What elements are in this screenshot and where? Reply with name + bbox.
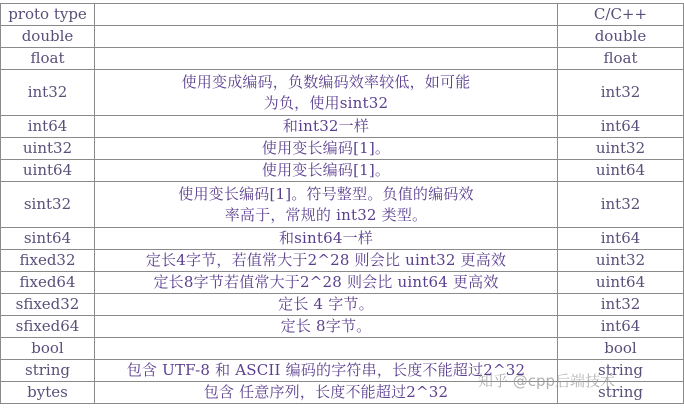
proto-type-mapping-table: proto type C/C++ double double float flo… <box>0 3 684 404</box>
table-row: uint32 使用变长编码[1]。 uint32 <box>1 138 684 160</box>
notes-cell: 定长 8字节。 <box>95 316 558 338</box>
cpp-type-cell: float <box>558 48 684 70</box>
cpp-type-cell: uint32 <box>558 250 684 272</box>
table-header-row: proto type C/C++ <box>1 4 684 26</box>
proto-type-cell: uint32 <box>1 138 95 160</box>
cpp-type-cell: uint32 <box>558 138 684 160</box>
notes-cell <box>95 26 558 48</box>
table-row: bytes 包含 任意序列，长度不能超过2^32 string <box>1 382 684 404</box>
proto-type-cell: bool <box>1 338 95 360</box>
cpp-type-cell: string <box>558 382 684 404</box>
notes-line-1: 使用变成编码，负数编码效率较低，如可能 <box>95 72 557 93</box>
cpp-type-cell: int32 <box>558 182 684 228</box>
cpp-type-cell: string <box>558 360 684 382</box>
cpp-type-cell: uint64 <box>558 272 684 294</box>
notes-line-2: 为负，使用sint32 <box>95 93 557 114</box>
proto-type-cell: bytes <box>1 382 95 404</box>
proto-type-cell: int32 <box>1 70 95 116</box>
table-row: uint64 使用变长编码[1]。 uint64 <box>1 160 684 182</box>
header-cpp: C/C++ <box>558 4 684 26</box>
table-row: sint64 和sint64一样 int64 <box>1 228 684 250</box>
proto-type-cell: int64 <box>1 116 95 138</box>
proto-type-cell: sfixed32 <box>1 294 95 316</box>
cpp-type-cell: uint64 <box>558 160 684 182</box>
proto-type-cell: uint64 <box>1 160 95 182</box>
table-row: int64 和int32一样 int64 <box>1 116 684 138</box>
cpp-type-cell: int32 <box>558 70 684 116</box>
notes-cell <box>95 48 558 70</box>
cpp-type-cell: int64 <box>558 116 684 138</box>
cpp-type-cell: int64 <box>558 228 684 250</box>
table-row: string 包含 UTF-8 和 ASCII 编码的字符串，长度不能超过2^3… <box>1 360 684 382</box>
table-row: sint32 使用变长编码[1]。符号整型。负值的编码效 率高于，常规的 int… <box>1 182 684 228</box>
notes-line-1: 使用变长编码[1]。符号整型。负值的编码效 <box>95 184 557 205</box>
notes-cell: 定长4字节，若值常大于2^28 则会比 uint32 更高效 <box>95 250 558 272</box>
notes-cell: 包含 UTF-8 和 ASCII 编码的字符串，长度不能超过2^32 <box>95 360 558 382</box>
table-row: bool bool <box>1 338 684 360</box>
notes-cell: 使用变长编码[1]。符号整型。负值的编码效 率高于，常规的 int32 类型。 <box>95 182 558 228</box>
notes-line-2: 率高于，常规的 int32 类型。 <box>95 205 557 226</box>
cpp-type-cell: double <box>558 26 684 48</box>
proto-type-cell: double <box>1 26 95 48</box>
table-row: float float <box>1 48 684 70</box>
table-row: fixed32 定长4字节，若值常大于2^28 则会比 uint32 更高效 u… <box>1 250 684 272</box>
proto-type-cell: float <box>1 48 95 70</box>
cpp-type-cell: int32 <box>558 294 684 316</box>
header-proto-type: proto type <box>1 4 95 26</box>
proto-type-cell: fixed32 <box>1 250 95 272</box>
cpp-type-cell: int64 <box>558 316 684 338</box>
table-row: sfixed32 定长 4 字节。 int32 <box>1 294 684 316</box>
notes-cell: 使用变成编码，负数编码效率较低，如可能 为负，使用sint32 <box>95 70 558 116</box>
table-row: double double <box>1 26 684 48</box>
proto-type-cell: sfixed64 <box>1 316 95 338</box>
table-row: sfixed64 定长 8字节。 int64 <box>1 316 684 338</box>
proto-type-cell: sint64 <box>1 228 95 250</box>
proto-type-cell: string <box>1 360 95 382</box>
table-row: fixed64 定长8字节若值常大于2^28 则会比 uint64 更高效 ui… <box>1 272 684 294</box>
notes-cell: 使用变长编码[1]。 <box>95 138 558 160</box>
notes-cell: 定长 4 字节。 <box>95 294 558 316</box>
header-notes <box>95 4 558 26</box>
notes-cell: 定长8字节若值常大于2^28 则会比 uint64 更高效 <box>95 272 558 294</box>
notes-cell: 和int32一样 <box>95 116 558 138</box>
notes-cell: 使用变长编码[1]。 <box>95 160 558 182</box>
table-row: int32 使用变成编码，负数编码效率较低，如可能 为负，使用sint32 in… <box>1 70 684 116</box>
cpp-type-cell: bool <box>558 338 684 360</box>
notes-cell: 和sint64一样 <box>95 228 558 250</box>
notes-cell <box>95 338 558 360</box>
proto-type-cell: sint32 <box>1 182 95 228</box>
proto-type-cell: fixed64 <box>1 272 95 294</box>
notes-cell: 包含 任意序列，长度不能超过2^32 <box>95 382 558 404</box>
